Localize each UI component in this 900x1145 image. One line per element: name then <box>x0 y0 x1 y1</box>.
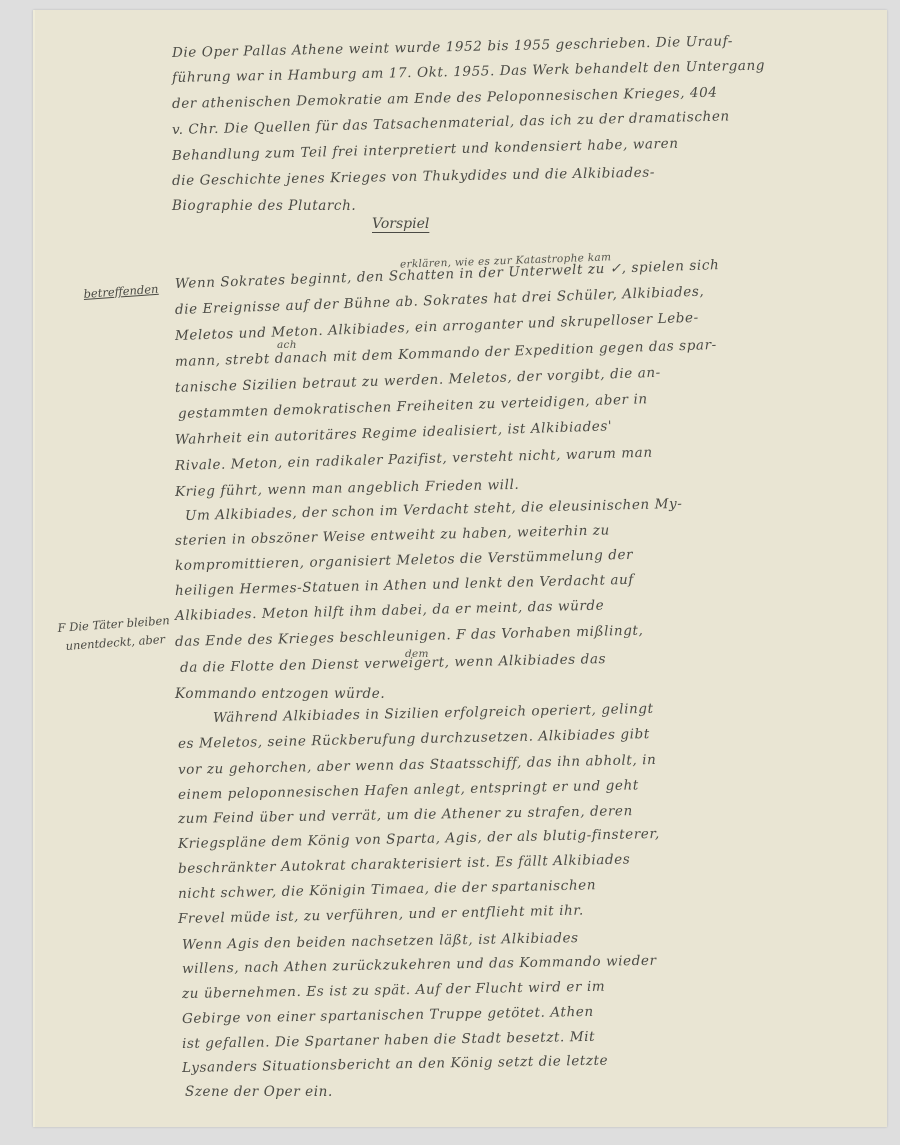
body-line-11: sterien in obszöner Weise entweiht zu ha… <box>175 522 610 549</box>
insertion-ach: ach <box>277 339 297 351</box>
body-line-8: Rivale. Meton, ein radikaler Pazifist, v… <box>175 445 653 474</box>
manuscript-page: Die Oper Pallas Athene weint wurde 1952 … <box>33 10 887 1127</box>
body-line-22: zum Feind über und verrät, um die Athene… <box>178 803 633 827</box>
body-line-16: da die Flotte den Dienst verweigert, wen… <box>180 651 606 676</box>
intro-line-2: führung war in Hamburg am 17. Okt. 1955.… <box>172 58 765 86</box>
body-line-9: Krieg führt, wenn man angeblich Frieden … <box>175 477 520 500</box>
body-line-19: es Meletos, seine Rückberufung durchzuse… <box>178 726 650 752</box>
body-line-6: gestammten demokratischen Freiheiten zu … <box>178 391 648 422</box>
body-line-13: heiligen Hermes-Statuen in Athen und len… <box>175 572 634 599</box>
margin-note-betreffenden: betreffenden <box>83 281 159 303</box>
body-line-10: Um Alkibiades, der schon im Verdacht ste… <box>185 496 683 524</box>
body-line-15: das Ende des Krieges beschleunigen. F da… <box>175 623 644 650</box>
body-line-23: Kriegspläne dem König von Sparta, Agis, … <box>178 826 660 852</box>
body-line-33: Szene der Oper ein. <box>185 1084 333 1100</box>
body-line-26: Frevel müde ist, zu verführen, und er en… <box>178 903 584 927</box>
body-line-31: ist gefallen. Die Spartaner haben die St… <box>182 1029 595 1052</box>
intro-line-3: der athenischen Demokratie am Ende des P… <box>172 85 718 112</box>
body-line-20: vor zu gehorchen, aber wenn das Staatssc… <box>178 752 657 778</box>
body-line-17: Kommando entzogen würde. <box>175 686 385 702</box>
body-line-24: beschränkter Autokrat charakterisiert is… <box>178 852 631 877</box>
intro-line-7: Biographie des Plutarch. <box>172 198 356 214</box>
intro-line-1: Die Oper Pallas Athene weint wurde 1952 … <box>172 33 733 61</box>
body-line-30: Gebirge von einer spartanischen Truppe g… <box>182 1004 594 1027</box>
body-line-27: Wenn Agis den beiden nachsetzen läßt, is… <box>182 930 579 953</box>
body-line-18: Während Alkibiades in Sizilien erfolgrei… <box>213 701 654 726</box>
body-line-29: zu übernehmen. Es ist zu spät. Auf der F… <box>182 979 605 1002</box>
section-heading: Vorspiel <box>372 216 429 232</box>
body-line-21: einem peloponnesischen Hafen anlegt, ent… <box>178 777 639 803</box>
body-line-32: Lysanders Situationsbericht an den König… <box>182 1053 608 1076</box>
body-line-7: Wahrheit ein autoritäres Regime idealisi… <box>175 418 613 448</box>
body-line-12: kompromittieren, organisiert Meletos die… <box>175 547 634 574</box>
body-line-25: nicht schwer, die Königin Timaea, die de… <box>178 877 596 902</box>
body-line-28: willens, nach Athen zurückzukehren und d… <box>182 953 657 977</box>
intro-line-5: Behandlung zum Teil frei interpretiert u… <box>172 136 679 164</box>
intro-line-6: die Geschichte jenes Krieges von Thukydi… <box>172 165 655 189</box>
body-line-5: tanische Sizilien betraut zu werden. Mel… <box>175 365 661 396</box>
body-line-14: Alkibiades. Meton hilft ihm dabei, da er… <box>175 598 605 624</box>
intro-line-4: v. Chr. Die Quellen für das Tatsachenmat… <box>172 108 730 138</box>
